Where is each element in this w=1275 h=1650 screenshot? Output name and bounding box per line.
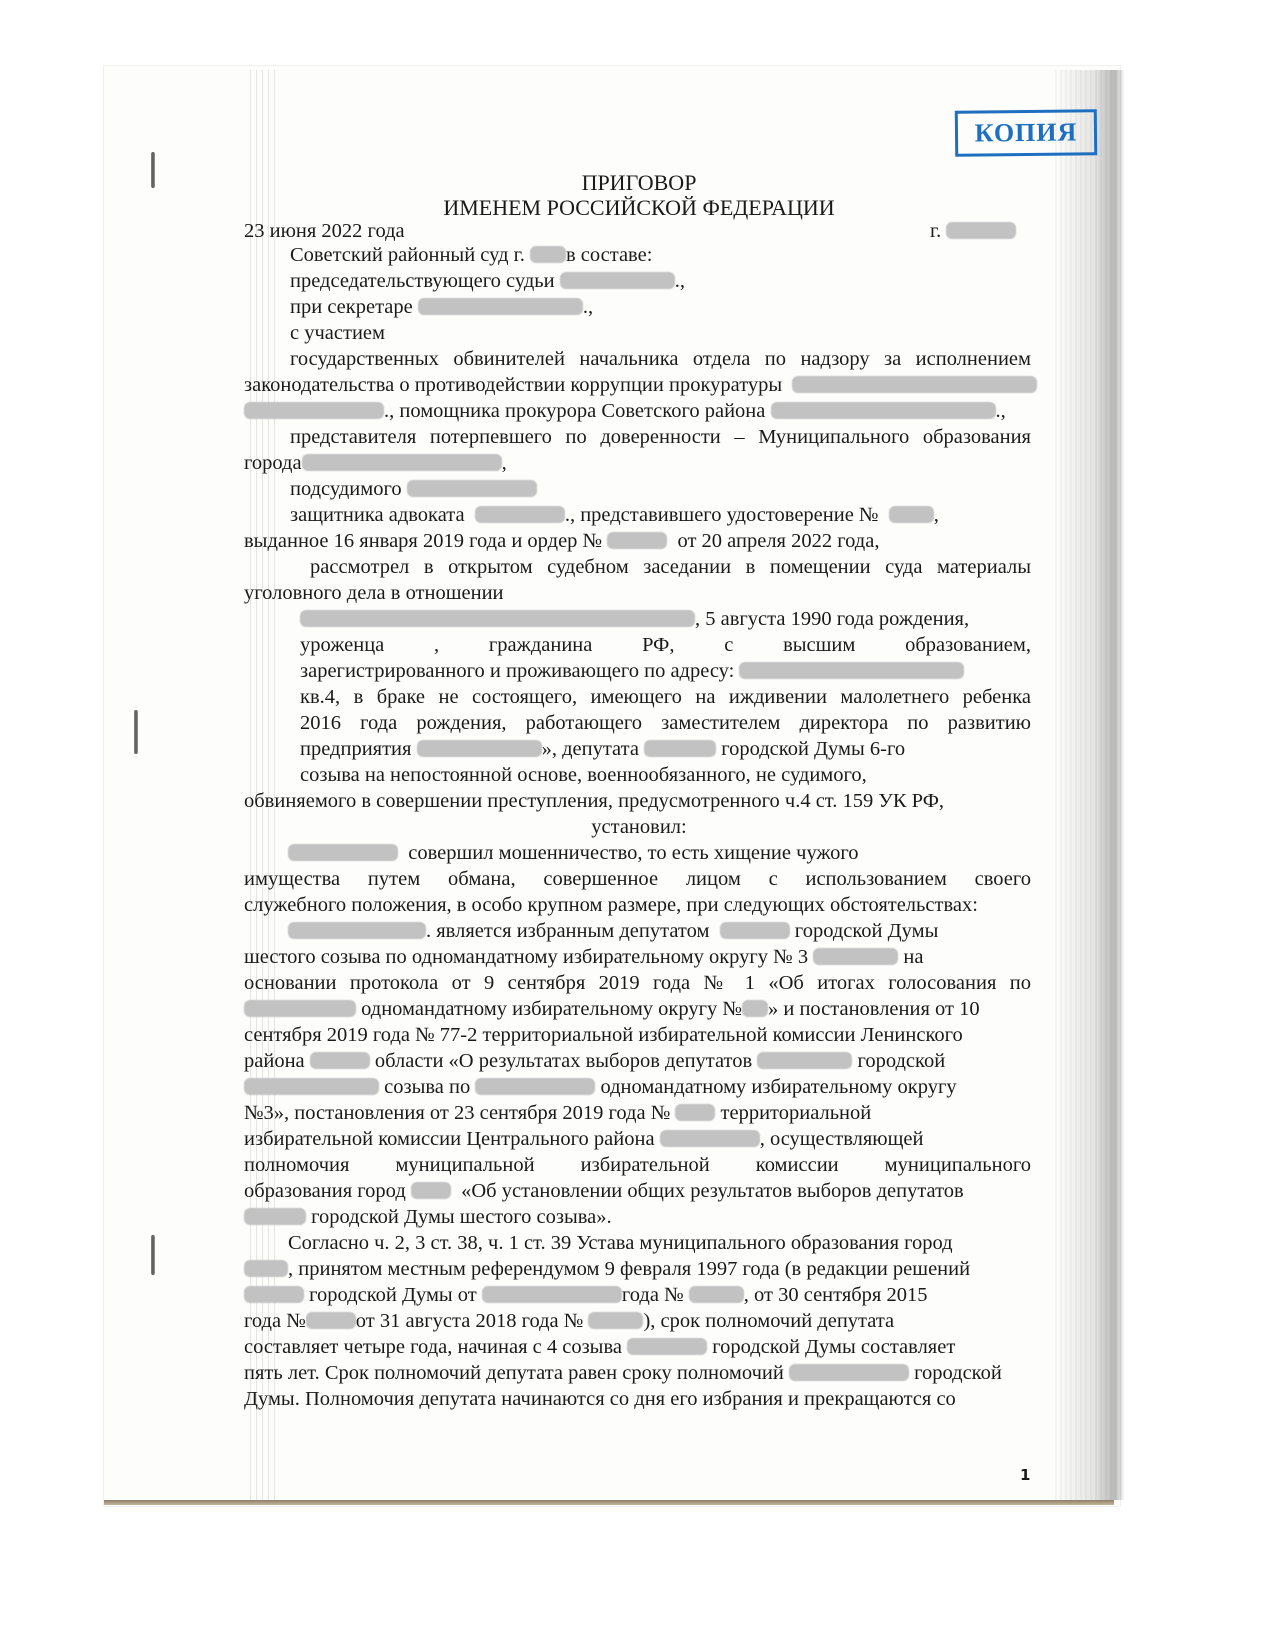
prosecutors-line: государственных обвинителей начальника о…	[290, 347, 1031, 372]
defendant-line: подсудимого	[290, 477, 537, 502]
consideration-line-2: уголовного дела в отношении	[244, 581, 504, 606]
defendant-details-line-7: созыва на непостоянной основе, военнообя…	[300, 763, 867, 788]
redacted-text	[771, 402, 996, 419]
defendant-details-line-5: 2016 года рождения, работающего заместит…	[300, 711, 1031, 736]
scan-edge-shadow	[1055, 70, 1125, 1500]
secretary-line: при секретаре .,	[290, 295, 593, 320]
defender-line-2: выданное 16 января 2019 года и ордер № о…	[244, 529, 879, 554]
redacted-text	[946, 222, 1016, 239]
established-heading: установил:	[244, 815, 1034, 840]
redacted-text	[417, 740, 542, 757]
consideration-line: рассмотрел в открытом судебном заседании…	[310, 555, 1031, 580]
defendant-details-line-4: кв.4, в браке не состоящего, имеющего на…	[300, 685, 1031, 710]
prosecutors-line-2: законодательства о противодействии корру…	[244, 373, 1031, 398]
redacted-text	[660, 1130, 760, 1147]
deputy-line-6: района области «О результатах выборов де…	[244, 1049, 945, 1074]
charter-line-7: Думы. Полномочия депутата начинаются со …	[244, 1387, 956, 1412]
court-line: Советский районный суд г. в составе:	[290, 243, 652, 268]
finding-line-2: имущества путем обмана, совершенное лицо…	[244, 867, 1031, 892]
copy-stamp: КОПИЯ	[955, 109, 1097, 156]
redacted-text	[792, 376, 1037, 393]
redacted-text	[813, 948, 898, 965]
redacted-text	[588, 1312, 643, 1329]
redacted-text	[244, 1078, 379, 1095]
defendant-details-line-2: уроженца , гражданина РФ, с высшим образ…	[300, 633, 1031, 658]
redacted-text	[244, 1260, 288, 1277]
staple-icon	[151, 152, 155, 188]
document-subtitle: ИМЕНЕМ РОССИЙСКОЙ ФЕДЕРАЦИИ	[244, 195, 1034, 220]
redacted-text	[411, 1182, 451, 1199]
charter-line-5: составляет четыре года, начиная с 4 созы…	[244, 1335, 955, 1360]
redacted-text	[757, 1052, 852, 1069]
redacted-text	[418, 298, 583, 315]
page-bottom-edge	[104, 1500, 1114, 1505]
deputy-line: . является избранным депутатом городской…	[288, 919, 1031, 944]
redacted-text	[475, 1078, 595, 1095]
defendant-details-line: , 5 августа 1990 года рождения,	[300, 607, 1031, 632]
redacted-text	[789, 1364, 909, 1381]
redacted-text	[475, 506, 565, 523]
redacted-text	[302, 454, 502, 471]
redacted-text	[244, 402, 384, 419]
deputy-line-12: городской Думы шестого созыва».	[244, 1205, 612, 1230]
charter-line: Согласно ч. 2, 3 ст. 38, ч. 1 ст. 39 Уст…	[288, 1231, 953, 1256]
verdict-date: 23 июня 2022 года	[244, 219, 405, 244]
redacted-text	[689, 1286, 744, 1303]
defender-line: защитника адвоката ., представившего удо…	[290, 503, 1031, 528]
charter-line-4: года №от 31 августа 2018 года № ), срок …	[244, 1309, 894, 1334]
defendant-details-line-6: предприятия », депутата городской Думы 6…	[300, 737, 905, 762]
redacted-text	[889, 506, 934, 523]
deputy-line-7: созыва по одномандатному избирательному …	[244, 1075, 957, 1100]
deputy-line-2: шестого созыва по одномандатному избират…	[244, 945, 1031, 970]
deputy-line-10: полномочия муниципальной избирательной к…	[244, 1153, 1031, 1178]
redacted-text	[288, 844, 398, 861]
victim-rep-line: представителя потерпевшего по довереннос…	[290, 425, 1031, 450]
defendant-details-line-3: зарегистрированного и проживающего по ад…	[300, 659, 964, 684]
charter-line-3: городской Думы от года № , от 30 сентябр…	[244, 1283, 928, 1308]
redacted-text	[407, 480, 537, 497]
participation-line: с участием	[290, 321, 385, 346]
redacted-text	[742, 1000, 768, 1017]
deputy-line-9: избирательной комиссии Центрального райо…	[244, 1127, 923, 1152]
staple-icon	[151, 1235, 155, 1275]
judge-line: председательствующего судьи .,	[290, 269, 685, 294]
redacted-text	[310, 1052, 370, 1069]
finding-line-3: служебного положения, в особо крупном ра…	[244, 893, 978, 918]
finding-line: совершил мошенничество, то есть хищение …	[288, 841, 1031, 866]
redacted-text	[720, 922, 790, 939]
staple-icon	[134, 710, 138, 754]
redacted-text	[675, 1104, 715, 1121]
deputy-line-8: №3», постановления от 23 сентября 2019 г…	[244, 1101, 871, 1126]
redacted-text	[300, 610, 695, 627]
verdict-city: г.	[930, 219, 1016, 244]
redacted-text	[607, 532, 667, 549]
redacted-text	[560, 272, 675, 289]
redacted-text	[244, 1000, 356, 1017]
deputy-line-4: одномандатному избирательному округу №» …	[244, 997, 980, 1022]
charter-line-2: , принятом местным референдумом 9 феврал…	[244, 1257, 970, 1282]
prosecutors-line-3: ., помощника прокурора Советского района…	[244, 399, 1006, 424]
redacted-text	[244, 1208, 306, 1225]
document-title: ПРИГОВОР	[244, 170, 1034, 195]
redacted-text	[739, 662, 964, 679]
deputy-line-5: сентября 2019 года № 77-2 территориально…	[244, 1023, 963, 1048]
redacted-text	[288, 922, 426, 939]
page-number: 1	[1020, 1466, 1030, 1484]
victim-rep-line-2: города,	[244, 451, 507, 476]
deputy-line-11: образования город «Об установлении общих…	[244, 1179, 964, 1204]
charge-line: обвиняемого в совершении преступления, п…	[244, 789, 944, 814]
redacted-text	[627, 1338, 707, 1355]
charter-line-6: пять лет. Срок полномочий депутата равен…	[244, 1361, 1002, 1386]
deputy-line-3: основании протокола от 9 сентября 2019 г…	[244, 971, 1031, 996]
redacted-text	[306, 1312, 356, 1329]
redacted-text	[482, 1286, 622, 1303]
redacted-text	[244, 1286, 304, 1303]
redacted-text	[644, 740, 716, 757]
redacted-text	[530, 246, 566, 263]
